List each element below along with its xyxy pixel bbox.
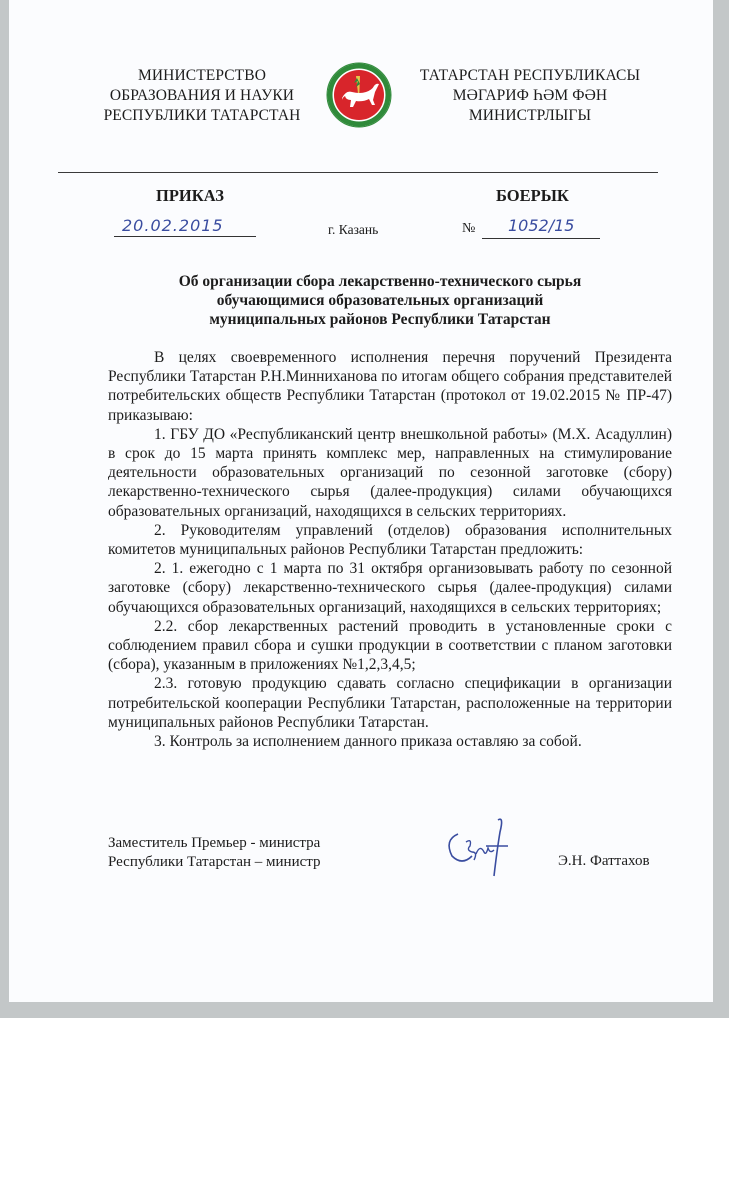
date-underline: [114, 236, 256, 237]
order-city: г. Казань: [328, 222, 378, 238]
handwritten-signature-icon: [436, 812, 526, 882]
signatory-title-line: Заместитель Премьер - министра: [108, 834, 321, 853]
clause-2-2: 2.2. сбор лекарственных растений проводи…: [108, 617, 672, 675]
order-label-ru: ПРИКАЗ: [156, 186, 224, 206]
signatory-name: Э.Н. Фаттахов: [558, 853, 650, 870]
ministry-name-ru-line: РЕСПУБЛИКИ ТАТАРСТАН: [92, 106, 312, 126]
document-body: В целях своевременного исполнения перечн…: [108, 348, 672, 751]
clause-1: 1. ГБУ ДО «Республиканский центр внешкол…: [108, 425, 672, 521]
signatory-title-line: Республики Татарстан – министр: [108, 853, 321, 872]
ministry-name-tt: ТАТАРСТАН РЕСПУБЛИКАСЫ МӘГАРИФ ҺӘМ ФӘН М…: [400, 66, 660, 126]
order-label-tt: БОЕРЫК: [496, 186, 569, 206]
signatory-title: Заместитель Премьер - министра Республик…: [108, 834, 321, 872]
clause-2-3: 2.3. готовую продукцию сдавать согласно …: [108, 674, 672, 732]
ministry-name-tt-line: ТАТАРСТАН РЕСПУБЛИКАСЫ: [400, 66, 660, 86]
ministry-name-ru-line: ОБРАЗОВАНИЯ И НАУКИ: [92, 86, 312, 106]
number-sign: №: [462, 221, 475, 237]
order-date: 20.02.2015: [122, 216, 224, 235]
number-underline: [482, 238, 600, 239]
document-title-line: обучающимися образовательных организаций: [120, 291, 640, 310]
ministry-name-ru-line: МИНИСТЕРСТВО: [92, 66, 312, 86]
ministry-name-tt-line: МӘГАРИФ ҺӘМ ФӘН: [400, 86, 660, 106]
clause-2: 2. Руководителям управлений (отделов) об…: [108, 521, 672, 559]
ministry-name-ru: МИНИСТЕРСТВО ОБРАЗОВАНИЯ И НАУКИ РЕСПУБЛ…: [92, 66, 312, 126]
clause-3: 3. Контроль за исполнением данного прика…: [108, 732, 672, 751]
preamble-paragraph: В целях своевременного исполнения перечн…: [108, 348, 672, 425]
clause-2-1: 2. 1. ежегодно с 1 марта по 31 октября о…: [108, 559, 672, 617]
tatarstan-coat-of-arms-icon: [326, 62, 392, 128]
order-number: 1052/15: [508, 216, 574, 235]
document-title-line: муниципальных районов Республики Татарст…: [120, 310, 640, 329]
document-title-line: Об организации сбора лекарственно-технич…: [120, 272, 640, 291]
header-divider: [58, 172, 658, 173]
ministry-name-tt-line: МИНИСТРЛЫГЫ: [400, 106, 660, 126]
document-title: Об организации сбора лекарственно-технич…: [120, 272, 640, 329]
